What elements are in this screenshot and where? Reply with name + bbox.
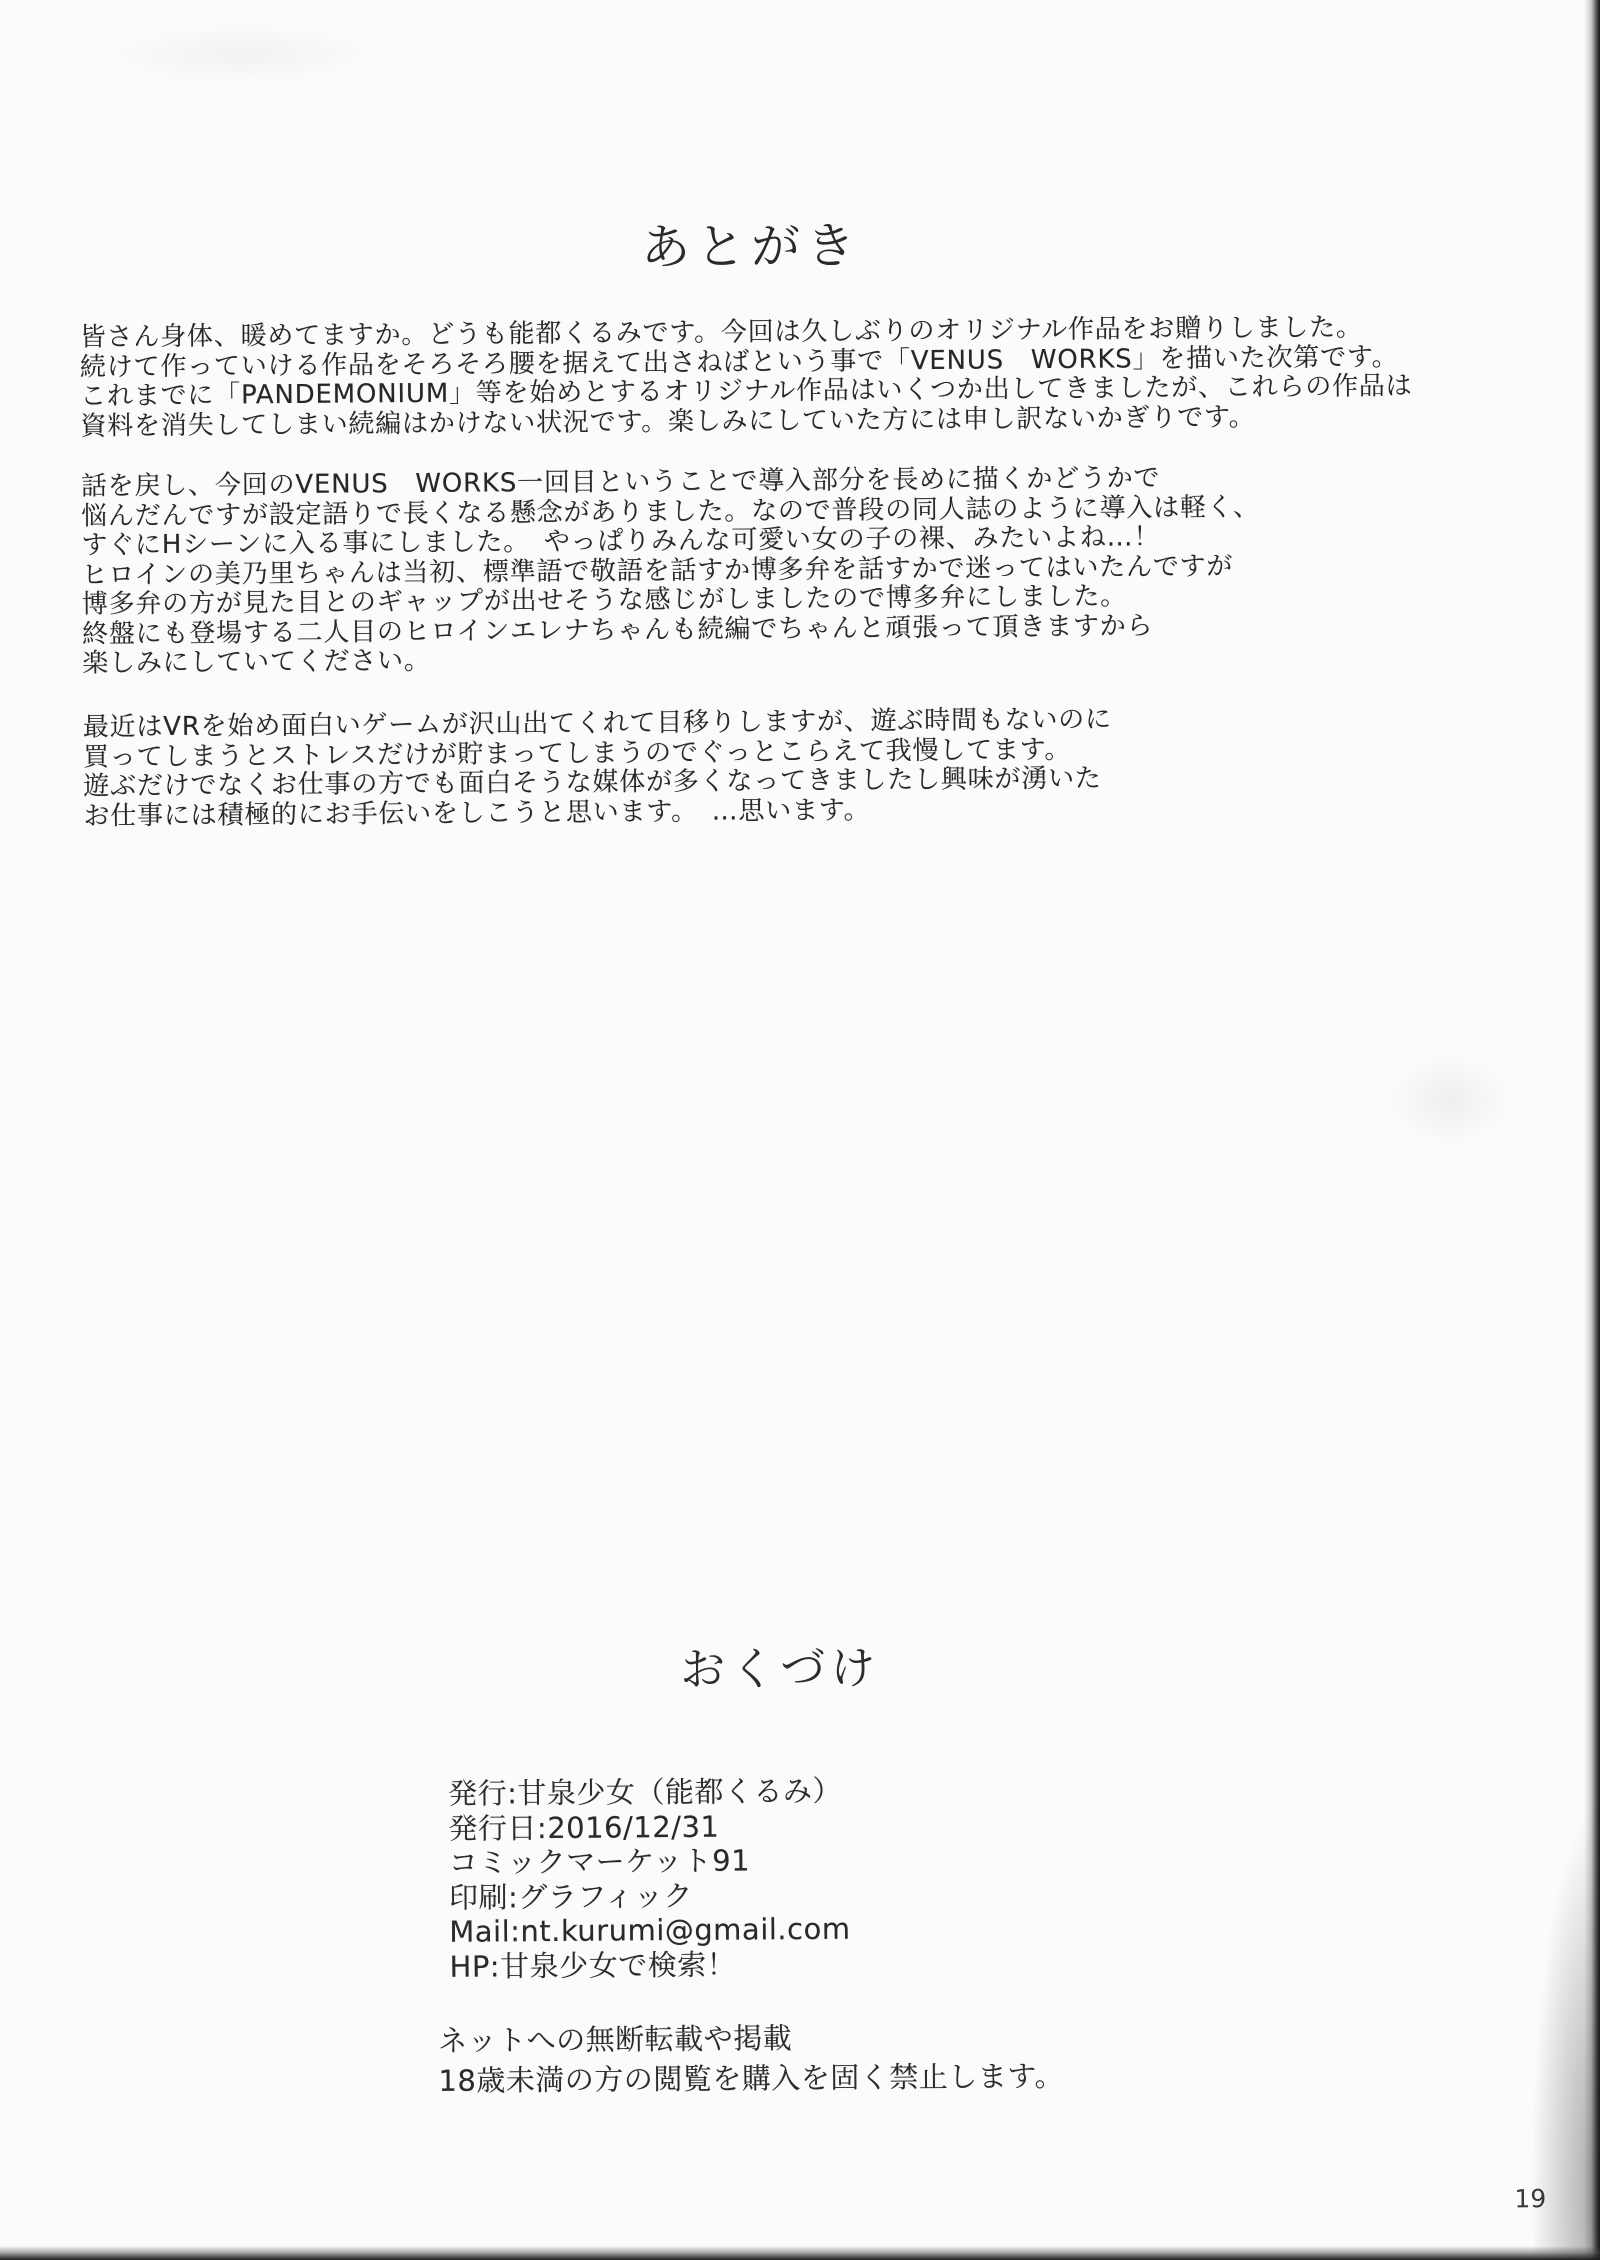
colophon-homepage: HP:甘泉少女で検索！ <box>449 1946 850 1984</box>
afterword-paragraph-1: 皆さん身体、暖めてますか。どうも能都くるみです。今回は久しぶりのオリジナル作品を… <box>80 312 1521 441</box>
reproduction-warning: ネットへの無断転載や掲載 18歳未満の方の閲覧を購入を固く禁止します。 <box>438 2016 1064 2101</box>
warning-line: 18歳未満の方の閲覧を購入を固く禁止します。 <box>438 2056 1064 2101</box>
colophon-publisher: 発行:甘泉少女（能都くるみ） <box>448 1774 849 1812</box>
afterword-paragraph-2: 話を戻し、今回のVENUS WORKS一回目ということで導入部分を長めに描くかど… <box>81 461 1523 679</box>
scanned-doujinshi-afterword-page: あとがき 皆さん身体、暖めてますか。どうも能都くるみです。今回は久しぶりのオリジ… <box>0 0 1600 2260</box>
warning-line: ネットへの無断転載や掲載 <box>438 2016 1064 2061</box>
colophon-event: コミックマーケット91 <box>449 1843 850 1881</box>
page-number: 19 <box>1514 2184 1546 2213</box>
scan-smudge <box>1389 1054 1510 1145</box>
afterword-paragraph-3: 最近はVRを始め面白いゲームが沢山出てくれて目移りしますが、遊ぶ時間もないのに … <box>83 702 1524 831</box>
colophon-block: 発行:甘泉少女（能都くるみ） 発行日:2016/12/31 コミックマーケット9… <box>448 1774 851 1984</box>
page-content: あとがき 皆さん身体、暖めてますか。どうも能都くるみです。今回は久しぶりのオリジ… <box>0 0 1600 2260</box>
scan-smudge <box>111 23 371 85</box>
afterword-title: あとがき <box>641 207 862 279</box>
colophon-printer: 印刷:グラフィック <box>449 1877 850 1915</box>
colophon-title: おくづけ <box>680 1631 881 1698</box>
colophon-mail: Mail:nt.kurumi@gmail.com <box>449 1912 850 1950</box>
colophon-publish-date: 発行日:2016/12/31 <box>448 1808 849 1846</box>
